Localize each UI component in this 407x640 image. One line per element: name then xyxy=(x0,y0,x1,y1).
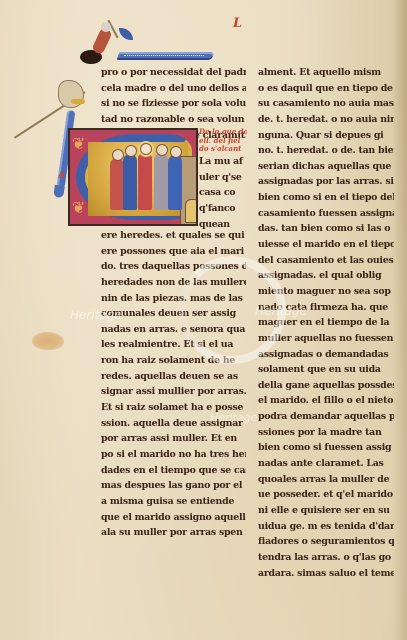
text-line: por arras assi muller. Et en xyxy=(101,431,246,447)
text-line: po si el marido no ha tres here xyxy=(101,447,246,463)
manuscript-page: L pro o por necessidat del padre a cela … xyxy=(0,0,407,640)
text-line: muller aquellas no fuessen xyxy=(258,331,394,347)
tower xyxy=(180,156,198,226)
text-line: ala su muller por arras spen xyxy=(101,525,246,541)
gold-background xyxy=(88,142,188,216)
text-line: alment. Et aquello mism xyxy=(258,65,394,81)
text-line: tad no razonable o sea volun xyxy=(101,112,246,128)
text-line: cela madre o del uno dellos a xyxy=(101,81,246,97)
text-line: assignadas o demandadas xyxy=(258,347,394,363)
foliage-ornament: ❦ xyxy=(72,136,85,152)
text-line: das. tan bien como si las o xyxy=(258,221,394,237)
tower-door xyxy=(185,199,198,223)
figure-cleric xyxy=(138,152,152,210)
figure xyxy=(110,158,124,210)
text-line: uiesse el marido en el tiepo xyxy=(258,237,394,253)
text-beside-initial: La mu af uler q'se casa co q'fanco quean xyxy=(199,154,247,232)
text-line: no. t. heredat. o de. tan bien xyxy=(258,143,394,159)
left-column-body: ere heredes. et quales se qui ere posson… xyxy=(101,228,246,541)
hybrid-figure-drollery xyxy=(58,80,84,108)
text-line: comunales deuen ser assig xyxy=(101,306,246,322)
figure xyxy=(168,155,182,210)
text-line: assignadas por las arras. si xyxy=(258,174,394,190)
parchment-stain xyxy=(32,332,64,350)
text-line: nadas ante claramet. Las xyxy=(258,456,394,472)
text-line: bien como si en el tiepo del xyxy=(258,190,394,206)
text-line: assignadas. el qual oblig xyxy=(258,268,394,284)
text-line: podra demandar aquellas po xyxy=(258,409,394,425)
text-line: redes. aquellas deuen se as xyxy=(101,369,246,385)
text-line: uidua ge. m es tenida d'dar xyxy=(258,519,394,535)
right-column: alment. Et aquello mism o es daquil que … xyxy=(258,65,394,581)
text-line: heredades non de las mulleres xyxy=(101,275,246,291)
text-line: ssiones por la madre tan xyxy=(258,425,394,441)
text-line: nadas en arras. e senora qua xyxy=(101,322,246,338)
text-line: ni elle e quisiere ser en su xyxy=(258,503,394,519)
text-line: ere heredes. et quales se qui xyxy=(101,228,246,244)
text-line: dades en el tiempo que se caso. xyxy=(101,463,246,479)
text-line: ssion. aquella deue assignar xyxy=(101,416,246,432)
figure xyxy=(154,153,168,210)
foliage-ornament: ❦ xyxy=(72,200,85,216)
text-line: les realmientre. Et si el ua xyxy=(101,337,246,353)
text-line: nado cata firmeza ha. que xyxy=(258,300,394,316)
text-line: de. t. heredat. o no auia nin xyxy=(258,112,394,128)
page-edge-shadow xyxy=(393,0,407,640)
text-line: el marido. el fillo o el nieto xyxy=(258,393,394,409)
marginal-letter: A xyxy=(58,171,65,181)
text-line: solament que en su uida xyxy=(258,362,394,378)
text-line: su casamiento no auia mas xyxy=(258,96,394,112)
historiated-initial: ❦ ❦ xyxy=(68,128,198,226)
text-line: nin de las piezas. mas de las xyxy=(101,291,246,307)
text-line: o es daquil que en tiepo de xyxy=(258,81,394,97)
text-line: casamiento fuessen assigna xyxy=(258,206,394,222)
text-line: miento maguer no sea sop xyxy=(258,284,394,300)
grotesque-head xyxy=(101,22,111,32)
text-line: pro o por necessidat del padre a xyxy=(101,65,246,81)
text-line: Et si raiz solamet ha e posse xyxy=(101,400,246,416)
text-line: ere possones que aia el mari xyxy=(101,244,246,260)
text-line: do. tres daquellas possones do xyxy=(101,259,246,275)
text-line: si no se fiziesse por sola volun xyxy=(101,96,246,112)
text-line: tendra las arras. o q'las go xyxy=(258,550,394,566)
text-line: quoales arras la muller de xyxy=(258,472,394,488)
text-line: signar assi mullier por arras. xyxy=(101,384,246,400)
text-line: ron ha raiz solament de he xyxy=(101,353,246,369)
text-line: nguna. Quar si depues gi xyxy=(258,128,394,144)
page-marker: L xyxy=(233,16,242,31)
axe-icon xyxy=(119,28,133,40)
figure xyxy=(123,154,137,210)
text-line: maguer en el tiempo de la xyxy=(258,315,394,331)
text-line: ardara. simas saluo el teme xyxy=(258,566,394,582)
text-line: della gane aquellas possdes xyxy=(258,378,394,394)
text-line: ue posseder. et q'el marido xyxy=(258,487,394,503)
text-line: fiadores o seguramientos q xyxy=(258,534,394,550)
text-line: que el marido assigno aquellas xyxy=(101,510,246,526)
text-line: serian dichas aquellas que son xyxy=(258,159,394,175)
text-line: del casamiento et las ouiesse xyxy=(258,253,394,269)
text-line: a misma guisa se entiende xyxy=(101,494,246,510)
marginal-ribbon-horizontal xyxy=(117,52,215,60)
text-line: bien como si fuessen assig xyxy=(258,440,394,456)
rubric-heading: De lo que do ell. del fiel do s'alcant xyxy=(199,128,247,154)
text-line: mas despues las gano por el xyxy=(101,478,246,494)
